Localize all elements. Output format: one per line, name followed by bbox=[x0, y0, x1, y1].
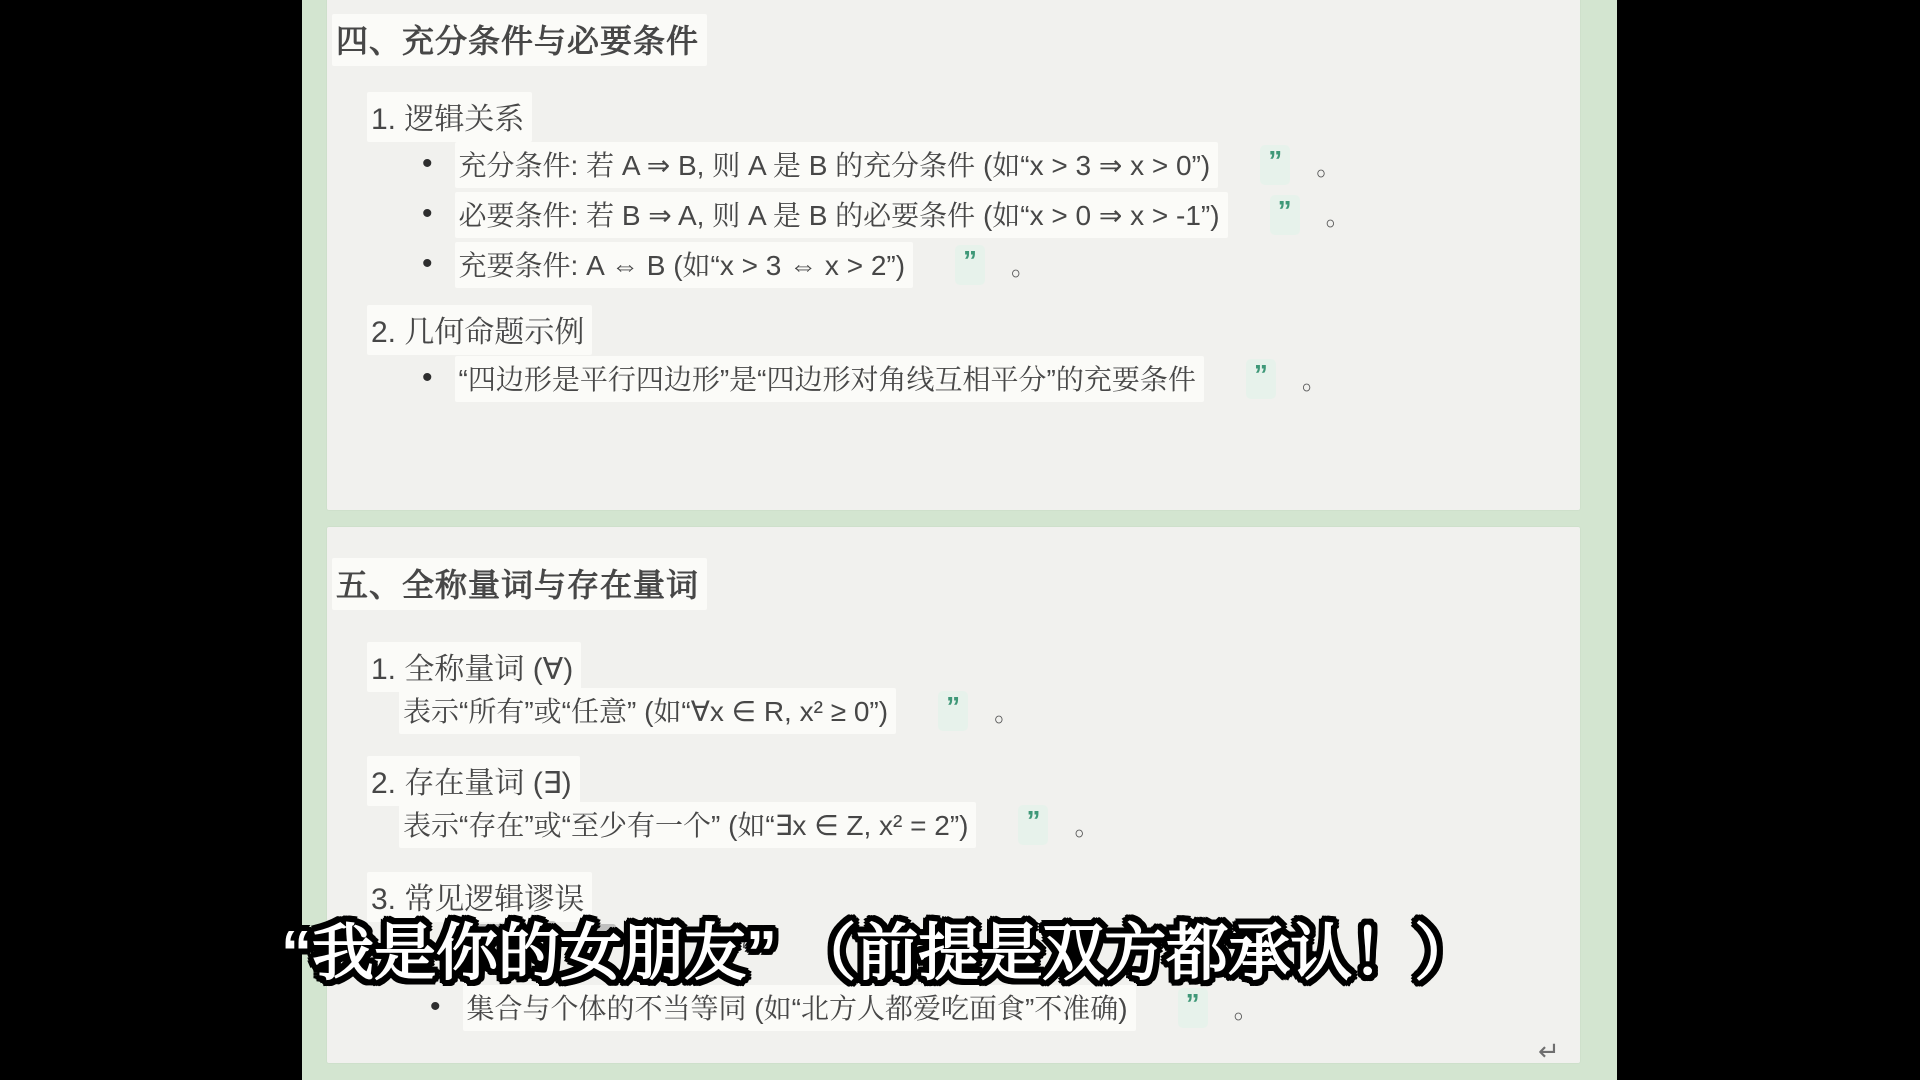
bullet-dot: • bbox=[422, 197, 433, 231]
description-text: 表示“所有”或“任意” (如“∀x ∈ R, x² ≥ 0”) bbox=[399, 688, 896, 734]
citation-quote-badge: ” bbox=[955, 245, 985, 285]
bullet-iff-condition: • 充要条件: A ⇔ B (如“x > 3 ⇔ x > 2”) ” 。 bbox=[422, 242, 1037, 288]
paragraph-return-icon: ↵ bbox=[1538, 1036, 1560, 1067]
citation-quote-badge: ” bbox=[1178, 988, 1208, 1028]
period-mark: 。 bbox=[1011, 246, 1037, 283]
citation-quote-badge: ” bbox=[938, 691, 968, 731]
section-five-heading: 五、全称量词与存在量词 bbox=[332, 558, 707, 610]
period-mark: 。 bbox=[994, 692, 1020, 729]
citation-quote-badge: ” bbox=[1260, 145, 1290, 185]
universal-quantifier-desc: 表示“所有”或“任意” (如“∀x ∈ R, x² ≥ 0”) ” 。 bbox=[399, 688, 1020, 734]
period-mark: 。 bbox=[1316, 146, 1342, 183]
bullet-dot: • bbox=[422, 147, 433, 181]
description-text: 表示“存在”或“至少有一个” (如“∃x ∈ Z, x² = 2”) bbox=[399, 802, 976, 848]
bullet-sufficient-condition: • 充分条件: 若 A ⇒ B, 则 A 是 B 的充分条件 (如“x > 3 … bbox=[422, 142, 1342, 188]
bullet-text: “四边形是平行四边形”是“四边形对角线互相平分”的充要条件 bbox=[455, 356, 1204, 402]
period-mark: 。 bbox=[1234, 989, 1260, 1026]
section-four-heading: 四、充分条件与必要条件 bbox=[332, 14, 707, 66]
universal-quantifier-label-row: 1. 全称量词 (∀) bbox=[367, 642, 581, 692]
citation-quote-badge: ” bbox=[1246, 359, 1276, 399]
logic-relations-label: 1. 逻辑关系 bbox=[367, 92, 532, 142]
period-mark: 。 bbox=[1074, 806, 1100, 843]
bullet-necessary-condition: • 必要条件: 若 B ⇒ A, 则 A 是 B 的必要条件 (如“x > 0 … bbox=[422, 192, 1352, 238]
bullet-quadrilateral: • “四边形是平行四边形”是“四边形对角线互相平分”的充要条件 ” 。 bbox=[422, 356, 1328, 402]
bullet-dot: • bbox=[422, 247, 433, 281]
period-mark: 。 bbox=[1302, 360, 1328, 397]
section-four-title: 四、充分条件与必要条件 bbox=[332, 14, 707, 66]
video-frame: 四、充分条件与必要条件 1. 逻辑关系 • 充分条件: 若 A ⇒ B, 则 A… bbox=[0, 0, 1920, 1080]
geometry-example-label-row: 2. 几何命题示例 bbox=[367, 305, 592, 355]
existential-quantifier-desc: 表示“存在”或“至少有一个” (如“∃x ∈ Z, x² = 2”) ” 。 bbox=[399, 802, 1101, 848]
bullet-text: 必要条件: 若 B ⇒ A, 则 A 是 B 的必要条件 (如“x > 0 ⇒ … bbox=[455, 192, 1228, 238]
logic-relations-label-row: 1. 逻辑关系 bbox=[367, 92, 532, 142]
bullet-dot: • bbox=[430, 990, 441, 1024]
citation-quote-badge: ” bbox=[1270, 195, 1300, 235]
existential-quantifier-label-row: 2. 存在量词 (∃) bbox=[367, 756, 580, 806]
bullet-text: 充要条件: A ⇔ B (如“x > 3 ⇔ x > 2”) bbox=[455, 242, 914, 288]
universal-quantifier-label: 1. 全称量词 (∀) bbox=[367, 642, 581, 692]
bullet-text: 充分条件: 若 A ⇒ B, 则 A 是 B 的充分条件 (如“x > 3 ⇒ … bbox=[455, 142, 1219, 188]
geometry-example-label: 2. 几何命题示例 bbox=[367, 305, 592, 355]
existential-quantifier-label: 2. 存在量词 (∃) bbox=[367, 756, 580, 806]
section-five-title: 五、全称量词与存在量词 bbox=[332, 558, 707, 610]
bullet-dot: • bbox=[422, 361, 433, 395]
period-mark: 。 bbox=[1326, 196, 1352, 233]
video-subtitle-overlay: “我是你的女朋友” （前提是双方都承认！） bbox=[281, 903, 1476, 992]
citation-quote-badge: ” bbox=[1018, 805, 1048, 845]
